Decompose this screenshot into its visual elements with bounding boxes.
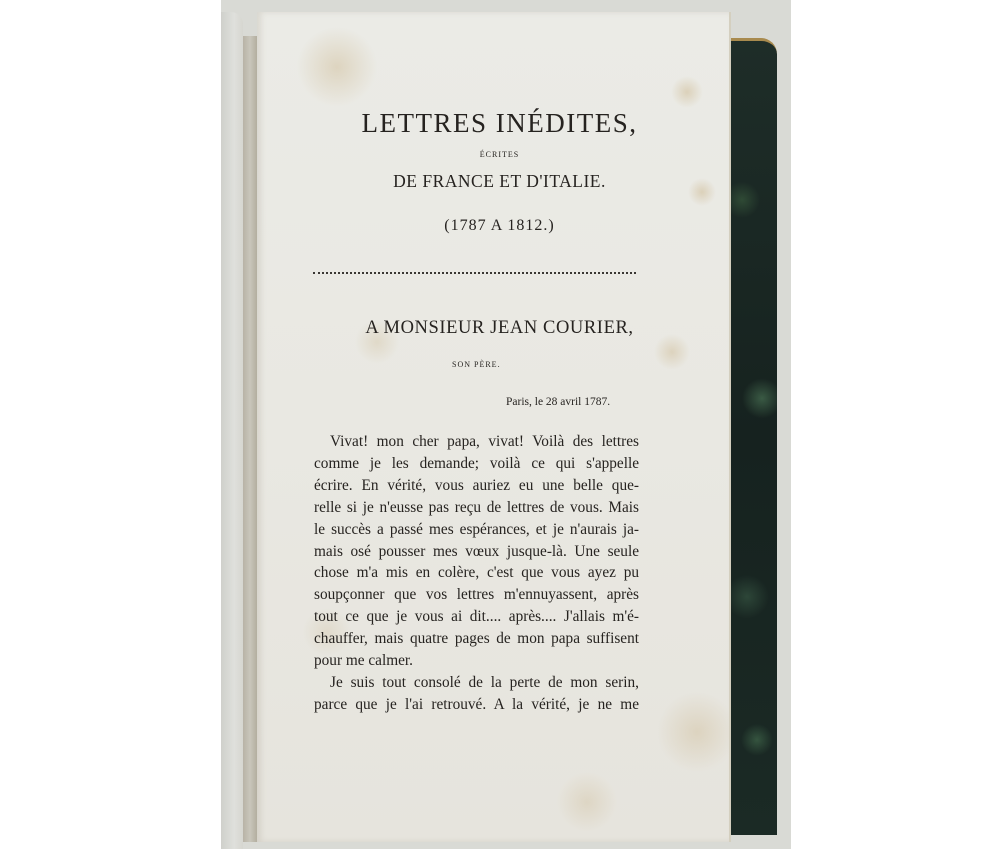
body-line: le succès a passé mes espérances, et je …	[314, 519, 639, 541]
body-line: chose m'a mis en colère, c'est que vous …	[314, 562, 639, 584]
letter-body: Vivat! mon cher papa, vivat! Voilà des l…	[314, 431, 639, 716]
body-line: mais osé pousser mes vœux jusque-là. Une…	[314, 541, 639, 563]
body-line: Vivat! mon cher papa, vivat! Voilà des l…	[314, 431, 639, 453]
decorative-rule	[313, 272, 636, 274]
body-line: parce que je l'ai retrouvé. A la vérité,…	[314, 694, 639, 716]
body-line: tout ce que je vous ai dit.... après....…	[314, 606, 639, 628]
book-title: LETTRES INÉDITES,	[0, 108, 999, 139]
body-line: relle si je n'eusse pas reçu de lettres …	[314, 497, 639, 519]
book-subtitle: DE FRANCE ET D'ITALIE.	[0, 171, 999, 192]
body-line: soupçonner que vos lettres m'ennuyassent…	[314, 584, 639, 606]
letter-dateline: Paris, le 28 avril 1787.	[506, 396, 610, 408]
body-line: écrire. En vérité, vous auriez eu une be…	[314, 475, 639, 497]
body-line: comme je les demande; voilà ce qui s'app…	[314, 453, 639, 475]
date-range: (1787 A 1812.)	[0, 217, 999, 235]
letter-relation: SON PÈRE.	[452, 360, 501, 369]
body-line: chauffer, mais quatre pages de mon papa …	[314, 628, 639, 650]
letter-addressee: A MONSIEUR JEAN COURIER,	[0, 318, 999, 339]
body-line: pour me calmer.	[314, 650, 639, 672]
body-line: Je suis tout consolé de la perte de mon …	[314, 672, 639, 694]
ecrites-label: ÉCRITES	[0, 150, 999, 159]
